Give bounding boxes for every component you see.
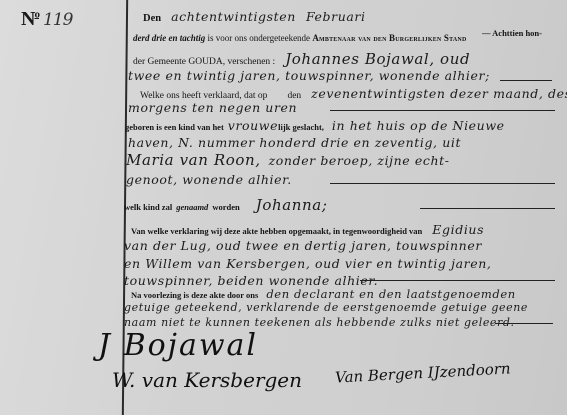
declarant-line: der Gemeente GOUDA, verschenen : Johanne… [133, 50, 470, 69]
signature-witness: W. van Kersbergen [112, 368, 302, 392]
civil-register-page: No119 Den achtentwintigsten Februari — A… [0, 0, 567, 415]
record-number: No119 [21, 8, 72, 31]
fill-rule [500, 80, 552, 81]
date-line: Den achtentwintigsten Februari [143, 8, 366, 26]
fill-rule [420, 208, 555, 209]
child-name-line: welk kind zal genaamd worden Johanna; [124, 196, 327, 215]
registrar-line: derd drie en tachtig is voor ons onderge… [133, 33, 466, 43]
child-sex-line: geboren is een kind van het vrouwelijk g… [125, 117, 505, 135]
fill-rule [330, 110, 555, 111]
fill-rule [360, 280, 555, 281]
fill-rule [495, 323, 553, 324]
mother-line: Maria van Roon, zonder beroep, zijne ech… [126, 151, 450, 170]
signature-declarant: J Bojawal [98, 328, 258, 363]
record-number-value: 119 [43, 10, 72, 30]
signature-registrar: Van Bergen IJzendoorn [335, 359, 511, 386]
fill-rule [330, 183, 555, 184]
witnesses-line: Van welke verklaring wij deze akte hebbe… [131, 221, 484, 239]
